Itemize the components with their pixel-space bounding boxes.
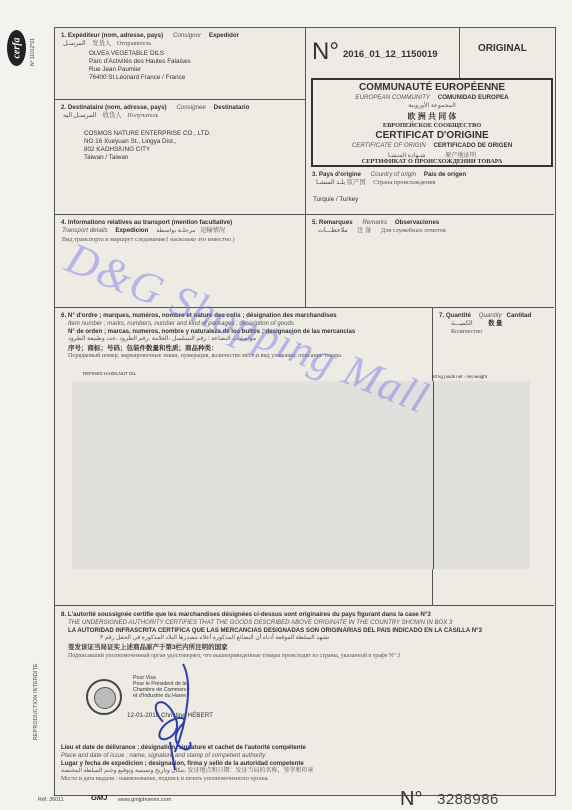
community-es: COMUNIDAD EUROPEA: [438, 94, 509, 101]
consignor-name: OLVEA VEGETABLE OILS: [89, 50, 164, 57]
box7-title-ar: الكميـــة: [451, 320, 473, 327]
publisher-website[interactable]: www.gmjphoenix.com: [118, 797, 171, 803]
consignee-address-1: NO.16 Xueyuan St., Lingya Dist.,: [84, 138, 176, 145]
original-label: ORIGINAL: [478, 43, 527, 55]
consignor-address-1: Parc d'Activités des Hautes Falaises: [89, 58, 191, 65]
community-zh: 欧 洲 共 同 体: [313, 111, 551, 122]
form-reference: Réf. 36011: [38, 797, 64, 803]
box3-title-fr: 3. Pays d'origine: [312, 171, 361, 178]
box1-title-zh: 发货人: [92, 40, 111, 47]
box2-title-ru: Получатель: [127, 112, 158, 119]
signature-icon: [135, 662, 215, 772]
box1-title-en: Consignor: [173, 32, 201, 39]
community-title-box: COMMUNAUTÉ EUROPÉENNE EUROPEAN COMMUNITY…: [311, 78, 553, 167]
certificate-number: 2016_01_12_1150019: [343, 50, 438, 61]
community-ru: ЕВРОПЕЙСКОЕ СООБЩЕСТВО: [313, 122, 551, 129]
country-of-origin: Turquie / Turkey: [313, 196, 358, 203]
box6-title-ar: مواصفات البضاعة ؛ رقم التسلسل ،العلامة ،…: [68, 336, 256, 343]
community-fr: COMMUNAUTÉ EUROPÉENNE: [313, 82, 551, 93]
box2-title-es: Destinatario: [214, 104, 250, 111]
box4-title-ar: مرحلـة بواسطة: [156, 227, 196, 234]
consignor-address-3: 76400 St Léonard France / France: [89, 74, 185, 81]
certificate-of-origin-es: CERTIFICADO DE ORIGEN: [433, 142, 512, 149]
publisher-logo: GMJ: [91, 794, 107, 803]
column-divider: [433, 381, 434, 569]
box8-line-ru: Подписавший уполномоченный орган удостов…: [68, 653, 400, 660]
certificate-of-origin-fr: CERTIFICAT D'ORIGINE: [313, 130, 551, 141]
certificate-of-origin-ru: СЕРТИФИКАТ О ПРОИСХОЖДЕНИИ ТОВАРА: [313, 158, 551, 165]
certificate-page: cerfa N° 11012*01 REPRODUCTION INTERDITE…: [0, 0, 572, 810]
goods-description: REFINED HAZELNUT OIL: [83, 371, 136, 376]
chamber-of-commerce-seal: [86, 679, 122, 715]
box-certification: 8. L'autorité soussignée certifie que le…: [55, 606, 554, 794]
reproduction-notice: REPRODUCTION INTERDITE: [33, 663, 39, 740]
number-label: N°: [312, 38, 339, 66]
form-number: N° 11012*01: [30, 38, 36, 66]
box-consignor: 1. Expéditeur (nom, adresse, pays) Consi…: [55, 28, 306, 100]
issue-line-ru: Место и дата выдачи : наименование, подп…: [61, 776, 269, 783]
box1-title-fr: 1. Expéditeur (nom, adresse, pays): [61, 32, 163, 39]
box-remarks: 5. Remarques Remarks Observaciones ملاحظ…: [306, 215, 554, 308]
box7-title-fr: 7. Quantité: [439, 312, 471, 319]
box6-title-fr: 6. N° d'ordre ; marques, numéros, nombre…: [61, 312, 337, 319]
box6-title-es: N° de orden ; marcas, numeros, nombre y …: [68, 328, 355, 335]
goods-shaded-area: [72, 381, 530, 569]
box1-title-ar: المرسـل: [63, 40, 86, 47]
box7-title-ru: Количество: [451, 328, 482, 335]
box8-line-en: THE UNDERSIGNED AUTHORITY CERTIFIES THAT…: [68, 619, 452, 626]
box3-title-ru: Страна происхождения: [373, 179, 435, 186]
consignee-name: COSMOS NATURE ENTERPRISE CO., LTD.: [84, 130, 211, 137]
box6-title-en: Item number ; marks, numbers, number and…: [68, 320, 294, 327]
box5-title-fr: 5. Remarques: [312, 219, 353, 226]
certificate-number-cell: N° 2016_01_12_1150019: [306, 28, 460, 78]
serial-number: 3288986: [437, 791, 499, 808]
box2-title-fr: 2. Destinataire (nom, adresse, pays): [61, 104, 167, 111]
consignee-country: Taiwan / Taiwan: [84, 154, 128, 161]
quantity-value: 50 kg poids net - net weight: [432, 374, 487, 379]
box1-title-ru: Отправитель: [117, 40, 152, 47]
box4-title-fr: 4. Informations relatives au transport (…: [61, 219, 232, 226]
community-en: EUROPEAN COMMUNITY: [355, 94, 430, 101]
box2-title-ar: المرسـل اليه: [63, 112, 96, 119]
box4-title-es: Expedicion: [115, 227, 148, 234]
box2-title-en: Consignee: [176, 104, 206, 111]
consignee-address-2: 802 KAOHSIUNG CITY: [84, 146, 150, 153]
box5-title-ar: ملاحظـــات: [318, 227, 348, 234]
box2-title-zh: 收货人: [103, 112, 122, 119]
box8-line-fr: 8. L'autorité soussignée certifie que le…: [61, 611, 431, 618]
box8-line-ar: تشهد السلطة الموقعة أدناه أن البضائع الم…: [100, 635, 329, 642]
cerfa-logo: cerfa: [7, 30, 26, 66]
box3-title-es: Pais de origen: [424, 171, 466, 178]
box8-line-es: LA AUTORIDAD INFRASCRITA CERTIFICA QUE L…: [68, 627, 482, 634]
box3-title-ar: بلـد المنشـا: [316, 179, 345, 186]
box3-title-zh: 原产国: [347, 179, 366, 186]
box-transport-details: 4. Informations relatives au transport (…: [55, 215, 306, 308]
box-country-of-origin: 3. Pays d'origine Country of origin Pais…: [306, 167, 554, 215]
box-consignee: 2. Destinataire (nom, adresse, pays) Con…: [55, 100, 306, 215]
box3-title-en: Country of origin: [371, 171, 416, 178]
box4-title-ru: Вид транспорта и маршрут следования ( на…: [62, 236, 235, 243]
box5-title-es: Observaciones: [395, 219, 439, 226]
consignor-address-2: Rue Jean Paumier: [89, 66, 141, 73]
box7-title-zh: 数 量: [488, 320, 502, 327]
box6-title-ru: Порядковый номер, маркировочные знаки, н…: [68, 353, 341, 360]
box1-title-es: Expedidor: [209, 32, 239, 39]
certificate-of-origin-en: CERTIFICATE OF ORIGIN: [352, 142, 426, 149]
box5-title-zh: 注 备: [357, 227, 371, 234]
box4-title-en: Transport details: [62, 227, 108, 234]
box5-title-en: Remarks: [362, 219, 387, 226]
original-cell: ORIGINAL: [460, 28, 554, 78]
box4-title-zh: 运输情况: [200, 227, 225, 234]
box7-title-es: Cantitad: [507, 312, 532, 319]
box5-title-ru: Для служебных отметок: [381, 227, 446, 234]
box6-title-zh: 序号；商标；号码；包装件数量和性质；商品种类：: [68, 345, 218, 352]
footer-number-label: N°: [400, 788, 422, 810]
box7-title-en: Quantity: [479, 312, 502, 319]
box8-line-zh: 签发该证当局证实上述商品原产于第3栏内所注明的国家: [68, 644, 228, 651]
community-ar: المجموعة الأوروبية: [313, 102, 551, 109]
